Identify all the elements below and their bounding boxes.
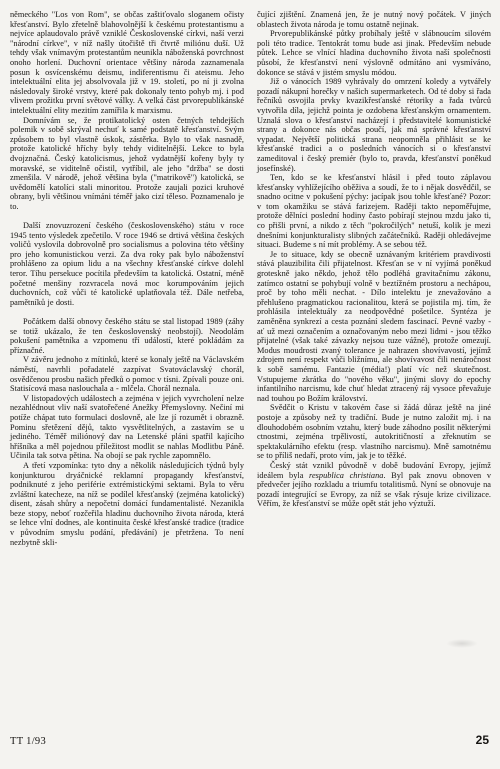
- two-column-text-body: německého "Los von Rom", se občas zaštiť…: [10, 10, 491, 547]
- text-run: V závěru jednoho z mítinků, které se kon…: [10, 355, 244, 393]
- text-run: Již o vánocích 1989 vyhrávaly do omrzení…: [257, 77, 491, 172]
- text-run: Počátkem další obnovy českého státu se s…: [10, 317, 244, 355]
- paragraph: Český stát vznikl původně v době budován…: [257, 461, 491, 509]
- document-page: německého "Los von Rom", se občas zaštiť…: [0, 0, 500, 769]
- paragraph: Počátkem další obnovy českého státu se s…: [10, 317, 244, 355]
- paragraph: Ten, kdo se ke křesťanství hlásil i před…: [257, 173, 491, 250]
- text-run: V listopadových událostech a zejména v j…: [10, 394, 244, 461]
- text-run: německého "Los von Rom", se občas zaštiť…: [10, 10, 244, 115]
- text-run: čující zjištění. Znamená jen, že je nutn…: [257, 10, 491, 29]
- paragraph: Domnívám se, že protikatolický osten čet…: [10, 116, 244, 212]
- page-footer: TT 1/93 25: [10, 733, 489, 747]
- right-column: čující zjištění. Znamená jen, že je nutn…: [257, 10, 491, 547]
- text-run: Svědčit o Kristu v takovém čase si žádá …: [257, 403, 491, 460]
- paragraph: Další znovuzrození českého (českoslovens…: [10, 221, 244, 307]
- left-column: německého "Los von Rom", se občas zaštiť…: [10, 10, 244, 547]
- paragraph: Prvorepublikánské půtky probíhaly ještě …: [257, 29, 491, 77]
- scan-smudge: [446, 639, 478, 648]
- text-run: Prvorepublikánské půtky probíhaly ještě …: [257, 29, 491, 76]
- page-number: 25: [476, 733, 489, 747]
- text-run: Ten, kdo se ke křesťanství hlásil i před…: [257, 173, 491, 249]
- paragraph: Je to situace, kdy se obecně uznávaným k…: [257, 250, 491, 404]
- paragraph: Svědčit o Kristu v takovém čase si žádá …: [257, 403, 491, 461]
- text-run: Další znovuzrození českého (českoslovens…: [10, 221, 244, 307]
- paragraph: čující zjištění. Znamená jen, že je nutn…: [257, 10, 491, 29]
- italic-text-run: respublica christiana: [309, 471, 383, 480]
- paragraph: V listopadových událostech a zejména v j…: [10, 394, 244, 461]
- text-run: A třetí vzpomínka: tyto dny a několik ná…: [10, 461, 244, 547]
- journal-issue-label: TT 1/93: [10, 736, 46, 747]
- text-run: Domnívám se, že protikatolický osten čet…: [10, 116, 244, 211]
- paragraph: Již o vánocích 1989 vyhrávaly do omrzení…: [257, 77, 491, 173]
- paragraph: německého "Los von Rom", se občas zaštiť…: [10, 10, 244, 116]
- text-run: Je to situace, kdy se obecně uznávaným k…: [257, 250, 491, 403]
- paragraph: V závěru jednoho z mítinků, které se kon…: [10, 355, 244, 393]
- paragraph: A třetí vzpomínka: tyto dny a několik ná…: [10, 461, 244, 547]
